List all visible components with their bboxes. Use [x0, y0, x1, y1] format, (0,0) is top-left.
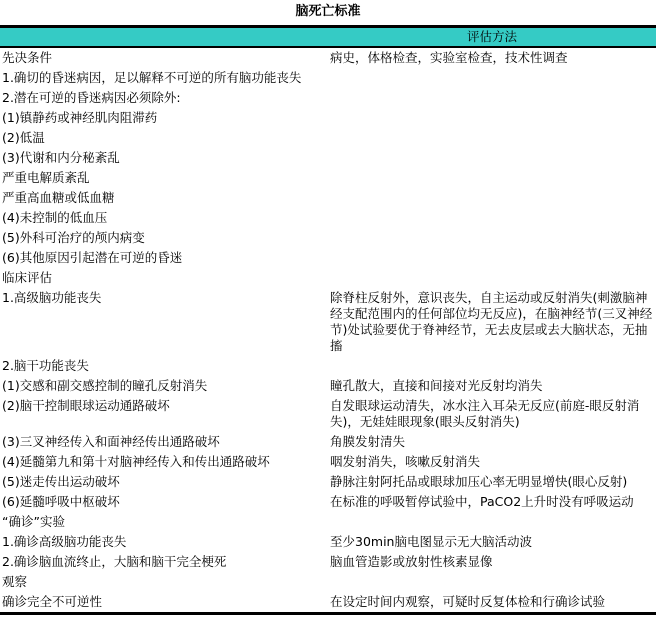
criterion-cell: (5)外科可治疗的颅内病变 — [0, 228, 328, 248]
criterion-cell: 先决条件 — [0, 47, 328, 68]
criterion-cell: 临床评估 — [0, 268, 328, 288]
method-cell: 脑血管造影或放射性核素显像 — [328, 552, 656, 572]
table-header-row: 评估方法 — [0, 27, 656, 48]
criteria-table: 评估方法 先决条件病史，体格检查，实验室检查，技术性调查1.确切的昏迷病因，足以… — [0, 25, 656, 615]
criterion-cell: (3)三叉神经传入和面神经传出通路破坏 — [0, 432, 328, 452]
table-row: (1)镇静药或神经肌肉阻滞药 — [0, 108, 656, 128]
table-row: (5)迷走传出运动破坏静脉注射阿托品或眼球加压心率无明显增快(眼心反射) — [0, 472, 656, 492]
criterion-cell: “确诊”实验 — [0, 512, 328, 532]
method-cell — [328, 228, 656, 248]
table-body: 先决条件病史，体格检查，实验室检查，技术性调查1.确切的昏迷病因，足以解释不可逆… — [0, 47, 656, 614]
criterion-cell: 1.确切的昏迷病因，足以解释不可逆的所有脑功能丧失 — [0, 68, 328, 88]
method-cell: 角膜发射清失 — [328, 432, 656, 452]
method-cell — [328, 572, 656, 592]
table-row: 严重电解质紊乱 — [0, 168, 656, 188]
method-cell: 在设定时间内观察，可疑时反复体检和行确诊试验 — [328, 592, 656, 614]
method-cell — [328, 208, 656, 228]
table-row: 先决条件病史，体格检查，实验室检查，技术性调查 — [0, 47, 656, 68]
table-row: 1.高级脑功能丧失除脊柱反射外，意识丧失，自主运动或反射消失(刺激脑神经支配范围… — [0, 288, 656, 356]
criteria-header-cell — [0, 27, 328, 48]
criterion-cell: (4)未控制的低血压 — [0, 208, 328, 228]
criterion-cell: (2)脑干控制眼球运动通路破坏 — [0, 396, 328, 432]
table-row: (4)延髓第九和第十对脑神经传入和传出通路破坏咽发射消失，咳嗽反射消失 — [0, 452, 656, 472]
method-cell — [328, 128, 656, 148]
method-cell — [328, 356, 656, 376]
criterion-cell: (6)延髓呼吸中枢破坏 — [0, 492, 328, 512]
table-row: (1)交感和副交感控制的瞳孔反射消失瞳孔散大，直接和间接对光反射均消失 — [0, 376, 656, 396]
table-row: 临床评估 — [0, 268, 656, 288]
criterion-cell: (6)其他原因引起潜在可逆的昏迷 — [0, 248, 328, 268]
method-cell — [328, 268, 656, 288]
table-row: (5)外科可治疗的颅内病变 — [0, 228, 656, 248]
criterion-cell: 1.高级脑功能丧失 — [0, 288, 328, 356]
table-row: 严重高血糖或低血糖 — [0, 188, 656, 208]
method-cell: 咽发射消失，咳嗽反射消失 — [328, 452, 656, 472]
method-cell: 除脊柱反射外，意识丧失，自主运动或反射消失(刺激脑神经支配范围内的任何部位均无反… — [328, 288, 656, 356]
method-cell: 至少30min脑电图显示无大脑活动波 — [328, 532, 656, 552]
table-row: 2.确诊脑血流终止，大脑和脑干完全梗死脑血管造影或放射性核素显像 — [0, 552, 656, 572]
method-cell — [328, 168, 656, 188]
criterion-cell: (1)镇静药或神经肌肉阻滞药 — [0, 108, 328, 128]
criterion-cell: 严重高血糖或低血糖 — [0, 188, 328, 208]
page-title: 脑死亡标准 — [0, 0, 656, 25]
method-cell — [328, 188, 656, 208]
document-page: 脑死亡标准 评估方法 先决条件病史，体格检查，实验室检查，技术性调查1.确切的昏… — [0, 0, 656, 631]
table-row: “确诊”实验 — [0, 512, 656, 532]
method-cell: 在标准的呼吸暂停试验中，PaCO2上升时没有呼吸运动 — [328, 492, 656, 512]
criterion-cell: 1.确诊高级脑功能丧失 — [0, 532, 328, 552]
table-row: 2.潜在可逆的昏迷病因必须除外: — [0, 88, 656, 108]
method-header-cell: 评估方法 — [328, 27, 656, 48]
method-cell: 静脉注射阿托品或眼球加压心率无明显增快(眼心反射) — [328, 472, 656, 492]
criterion-cell: (4)延髓第九和第十对脑神经传入和传出通路破坏 — [0, 452, 328, 472]
criterion-cell: 2.脑干功能丧失 — [0, 356, 328, 376]
criterion-cell: 观察 — [0, 572, 328, 592]
table-row: (2)低温 — [0, 128, 656, 148]
criterion-cell: (2)低温 — [0, 128, 328, 148]
table-row: (4)未控制的低血压 — [0, 208, 656, 228]
criterion-cell: 确诊完全不可逆性 — [0, 592, 328, 614]
table-row: (3)三叉神经传入和面神经传出通路破坏角膜发射清失 — [0, 432, 656, 452]
method-cell — [328, 108, 656, 128]
method-cell — [328, 248, 656, 268]
criterion-cell: (3)代谢和内分秘紊乱 — [0, 148, 328, 168]
method-cell: 自发眼球运动清失，冰水注入耳朵无反应(前庭-眼反射消失)，无娃娃眼现象(眼头反射… — [328, 396, 656, 432]
criterion-cell: 2.潜在可逆的昏迷病因必须除外: — [0, 88, 328, 108]
table-row: 2.脑干功能丧失 — [0, 356, 656, 376]
criterion-cell: 严重电解质紊乱 — [0, 168, 328, 188]
table-row: (6)延髓呼吸中枢破坏在标准的呼吸暂停试验中，PaCO2上升时没有呼吸运动 — [0, 492, 656, 512]
table-row: 确诊完全不可逆性在设定时间内观察，可疑时反复体检和行确诊试验 — [0, 592, 656, 614]
method-cell — [328, 68, 656, 88]
method-cell: 瞳孔散大，直接和间接对光反射均消失 — [328, 376, 656, 396]
table-row: (3)代谢和内分秘紊乱 — [0, 148, 656, 168]
table-row: 1.确切的昏迷病因，足以解释不可逆的所有脑功能丧失 — [0, 68, 656, 88]
table-row: 观察 — [0, 572, 656, 592]
method-cell — [328, 148, 656, 168]
method-cell — [328, 512, 656, 532]
criterion-cell: 2.确诊脑血流终止，大脑和脑干完全梗死 — [0, 552, 328, 572]
table-row: (6)其他原因引起潜在可逆的昏迷 — [0, 248, 656, 268]
table-row: (2)脑干控制眼球运动通路破坏自发眼球运动清失，冰水注入耳朵无反应(前庭-眼反射… — [0, 396, 656, 432]
criterion-cell: (5)迷走传出运动破坏 — [0, 472, 328, 492]
method-cell — [328, 88, 656, 108]
table-row: 1.确诊高级脑功能丧失至少30min脑电图显示无大脑活动波 — [0, 532, 656, 552]
criterion-cell: (1)交感和副交感控制的瞳孔反射消失 — [0, 376, 328, 396]
method-cell: 病史，体格检查，实验室检查，技术性调查 — [328, 47, 656, 68]
